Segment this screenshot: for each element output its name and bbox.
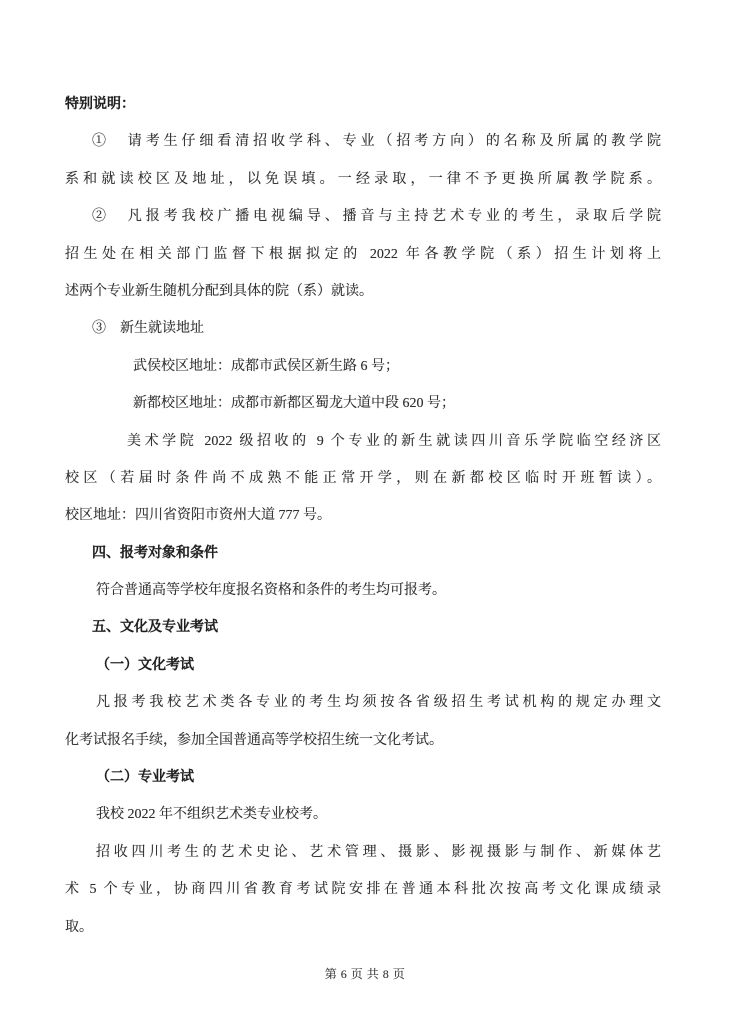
note-1-line-2: 系和就读校区及地址，以免误填。一经录取，一律不予更换所属教学院系。 [65, 161, 661, 198]
document-page: 特别说明： ① 请考生仔细看清招收学科、专业（招考方向）的名称及所属的教学院 系… [0, 0, 730, 1032]
sichuan-majors-line-3: 取。 [65, 909, 661, 946]
note-2-line-3: 述两个专业新生随机分配到具体的院（系）就读。 [65, 273, 661, 310]
fine-arts-line-2: 校区（若届时条件尚不成熟不能正常开学，则在新都校区临时开班暂读）。 [65, 460, 661, 497]
section-4-body: 符合普通高等学校年度报名资格和条件的考生均可报考。 [65, 572, 661, 609]
professional-exam-line-1: 我校 2022 年不组织艺术类专业校考。 [65, 796, 661, 833]
heading-section-4: 四、报考对象和条件 [65, 535, 661, 572]
fine-arts-line-3: 校区地址：四川省资阳市资州大道 777 号。 [65, 497, 661, 534]
culture-exam-line-2: 化考试报名手续，参加全国普通高等学校招生统一文化考试。 [65, 722, 661, 759]
document-body: 特别说明： ① 请考生仔细看清招收学科、专业（招考方向）的名称及所属的教学院 系… [65, 86, 661, 946]
note-3-heading: ③ 新生就读地址 [65, 310, 661, 347]
heading-culture-exam: （一）文化考试 [65, 647, 661, 684]
page-number-footer: 第 6 页 共 8 页 [0, 965, 730, 982]
heading-professional-exam: （二）专业考试 [65, 759, 661, 796]
sichuan-majors-line-2: 术 5 个专业，协商四川省教育考试院安排在普通本科批次按高考文化课成绩录 [65, 871, 661, 908]
note-2-line-1: ② 凡报考我校广播电视编导、播音与主持艺术专业的考生，录取后学院 [65, 198, 661, 235]
address-wuhou-campus: 武侯校区地址：成都市武侯区新生路 6 号； [65, 348, 661, 385]
note-2-line-2: 招生处在相关部门监督下根据拟定的 2022 年各教学院（系）招生计划将上 [65, 236, 661, 273]
sichuan-majors-line-1: 招收四川考生的艺术史论、艺术管理、摄影、影视摄影与制作、新媒体艺 [65, 834, 661, 871]
fine-arts-line-1: 美术学院 2022 级招收的 9 个专业的新生就读四川音乐学院临空经济区 [65, 423, 661, 460]
note-1-line-1: ① 请考生仔细看清招收学科、专业（招考方向）的名称及所属的教学院 [65, 123, 661, 160]
address-xindu-campus: 新都校区地址：成都市新都区蜀龙大道中段 620 号； [65, 385, 661, 422]
heading-section-5: 五、文化及专业考试 [65, 609, 661, 646]
culture-exam-line-1: 凡报考我校艺术类各专业的考生均须按各省级招生考试机构的规定办理文 [65, 684, 661, 721]
heading-special-notes: 特别说明： [65, 86, 661, 123]
